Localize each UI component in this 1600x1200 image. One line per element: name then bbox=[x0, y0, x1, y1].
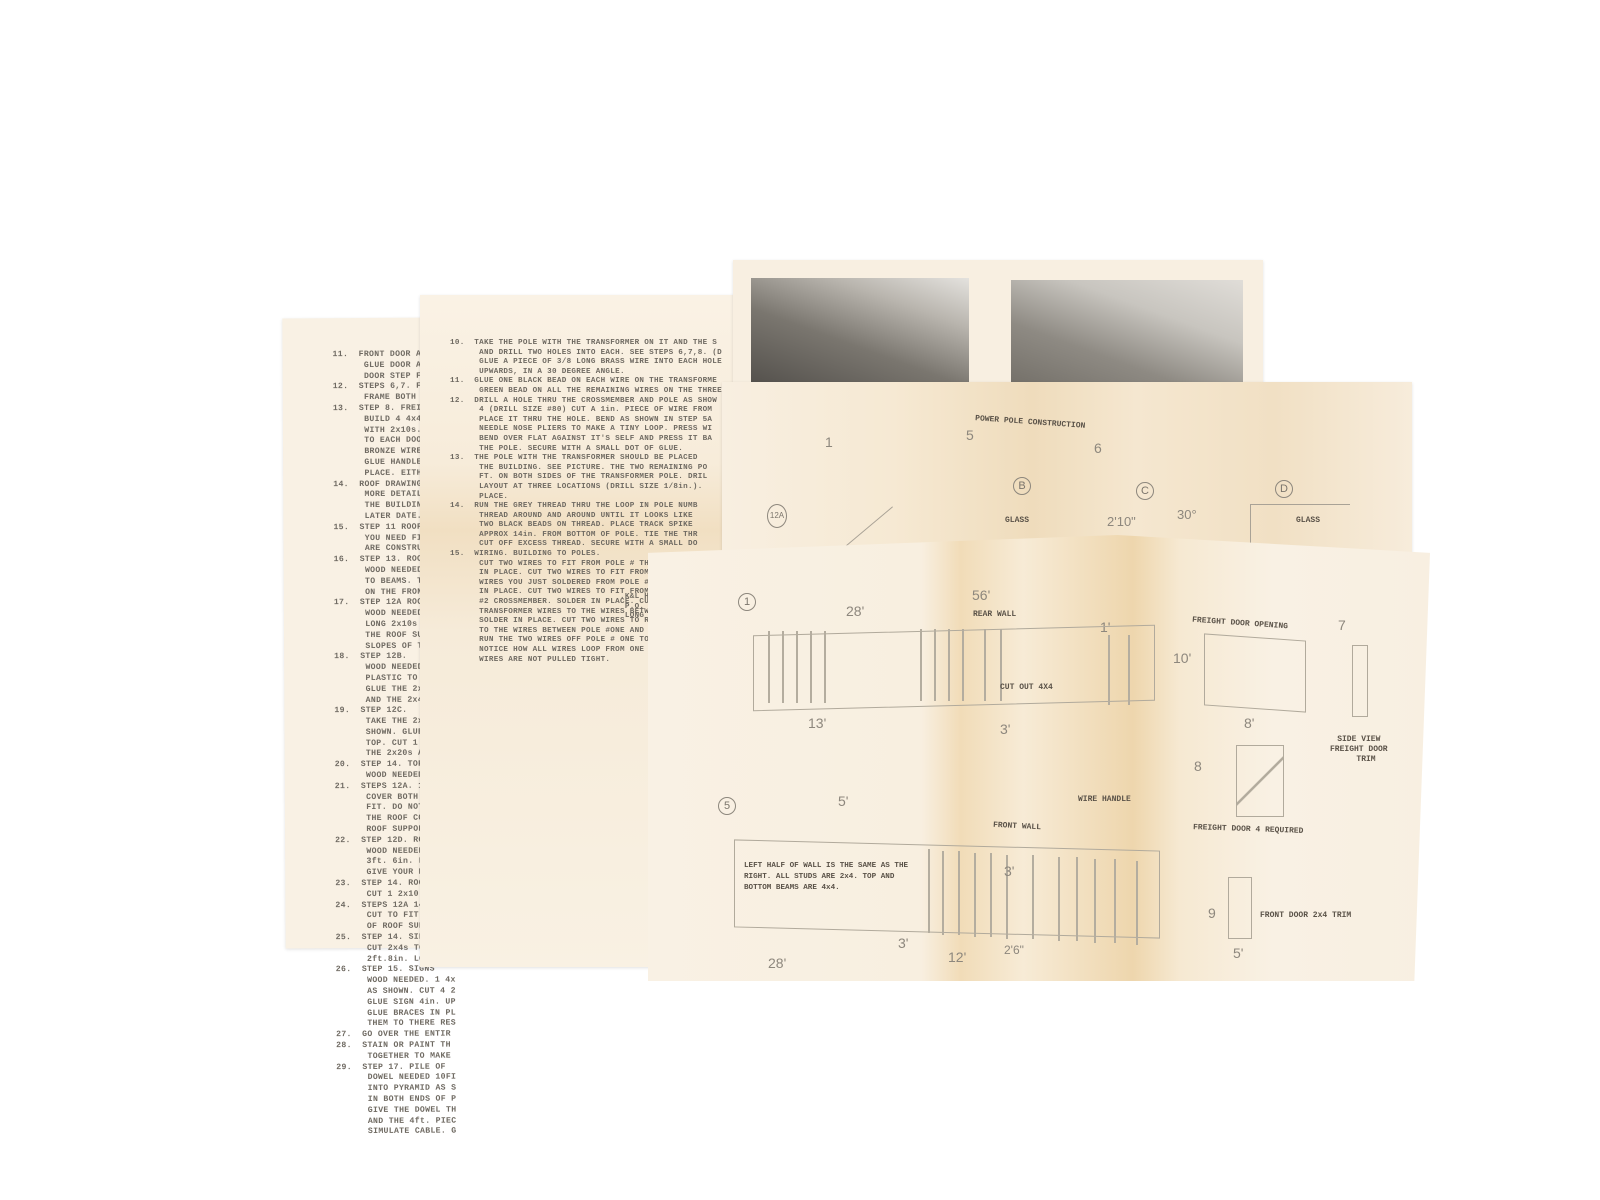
dim-28-top: 28' bbox=[846, 603, 864, 619]
stud bbox=[928, 849, 930, 933]
power-pole-title: POWER POLE CONSTRUCTION bbox=[975, 414, 1086, 431]
stud bbox=[1094, 859, 1096, 943]
freight-door-opening-drawing bbox=[1204, 633, 1306, 712]
stud bbox=[1108, 635, 1110, 705]
glass-frame-top bbox=[1250, 504, 1350, 505]
stud bbox=[1114, 859, 1116, 943]
stud bbox=[1058, 857, 1060, 941]
side-view-label: SIDE VIEW FREIGHT DOOR TRIM bbox=[1330, 735, 1388, 765]
step-number-8: 8 bbox=[1194, 758, 1202, 774]
circled-5: 5 bbox=[718, 797, 736, 815]
wall-framing-sheet: 1 56' 28' REAR WALL 1' CUT OUT 4X4 13' 3… bbox=[648, 535, 1430, 981]
circled-c: C bbox=[1136, 482, 1154, 500]
glass-label-2: GLASS bbox=[1296, 516, 1320, 525]
dim-28-bottom: 28' bbox=[768, 955, 786, 971]
freight-door-opening-label: FREIGHT DOOR OPENING bbox=[1192, 616, 1288, 632]
dim-8: 8' bbox=[1244, 715, 1254, 731]
stud bbox=[934, 629, 936, 701]
stud bbox=[948, 629, 950, 701]
dim-3-bottom: 3' bbox=[898, 935, 908, 951]
stud bbox=[974, 853, 976, 937]
circled-d: D bbox=[1275, 480, 1293, 498]
stud bbox=[990, 853, 992, 937]
circled-1: 1 bbox=[738, 593, 756, 611]
wall-note: LEFT HALF OF WALL IS THE SAME AS THE RIG… bbox=[744, 861, 908, 894]
dim-2-10: 2'10" bbox=[1107, 514, 1136, 529]
wire-handle-label: WIRE HANDLE bbox=[1078, 795, 1131, 804]
front-door-trim-label: FRONT DOOR 2x4 TRIM bbox=[1260, 911, 1351, 920]
rear-wall-label: REAR WALL bbox=[973, 610, 1016, 619]
dim-30deg: 30° bbox=[1177, 507, 1197, 522]
stud bbox=[962, 629, 964, 701]
front-door-trim-drawing bbox=[1228, 877, 1252, 939]
dim-2-6: 2'6" bbox=[1004, 943, 1024, 957]
dim-10: 10' bbox=[1173, 650, 1191, 666]
cut-out-label: CUT OUT 4X4 bbox=[1000, 683, 1053, 692]
stud bbox=[942, 851, 944, 935]
stud bbox=[1032, 855, 1034, 939]
photo-hand-placing-roof bbox=[751, 278, 969, 398]
dim-56: 56' bbox=[972, 587, 990, 603]
circled-12a: 12A bbox=[767, 504, 787, 528]
stud bbox=[958, 851, 960, 935]
rear-wall-frame bbox=[753, 625, 1155, 712]
step-number-9: 9 bbox=[1208, 905, 1216, 921]
stud bbox=[1128, 635, 1130, 705]
step-number-5: 5 bbox=[966, 427, 974, 443]
step-number-7: 7 bbox=[1338, 617, 1346, 633]
dim-13: 13' bbox=[808, 715, 826, 731]
step-number-1: 1 bbox=[825, 434, 833, 450]
dim-5-front: 5' bbox=[838, 793, 848, 809]
stud bbox=[1076, 857, 1078, 941]
stud bbox=[984, 629, 986, 701]
circled-b: B bbox=[1013, 477, 1031, 495]
stud bbox=[796, 631, 798, 703]
freight-door-required-label: FREIGHT DOOR 4 REQUIRED bbox=[1193, 823, 1304, 836]
stud bbox=[768, 631, 770, 703]
step-number-6: 6 bbox=[1094, 440, 1102, 456]
dim-12: 12' bbox=[948, 949, 966, 965]
trim-piece bbox=[1352, 645, 1368, 717]
stud bbox=[810, 631, 812, 703]
stud bbox=[920, 629, 922, 701]
stud bbox=[824, 631, 826, 703]
dim-3-door: 3' bbox=[1004, 863, 1014, 879]
stud bbox=[1136, 861, 1138, 945]
freight-door-drawing bbox=[1236, 745, 1284, 817]
glass-label-1: GLASS bbox=[1005, 516, 1029, 525]
dim-3-rear: 3' bbox=[1000, 721, 1010, 737]
stud bbox=[782, 631, 784, 703]
front-wall-label: FRONT WALL bbox=[993, 821, 1041, 833]
dim-5-trim: 5' bbox=[1233, 945, 1243, 961]
